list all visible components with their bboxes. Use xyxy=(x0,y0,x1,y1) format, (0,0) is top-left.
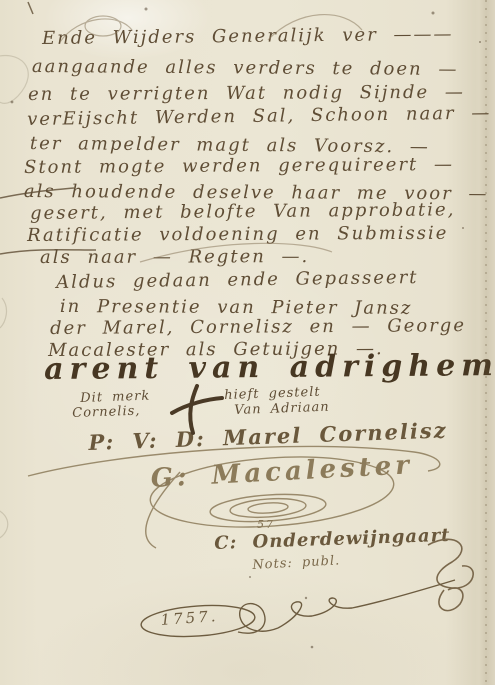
closing-line-3: der Marel, Cornelisz en — George xyxy=(50,315,466,339)
body-line-3: en te verrigten Wat nodig Sijnde — xyxy=(28,82,465,105)
body-line-6: Stont mogte werden gerequireert — xyxy=(24,154,454,178)
mark-caption-right-2: Van Adriaan xyxy=(234,400,330,418)
signature-g-macalester: G: Macalester xyxy=(150,450,414,494)
closing-line-1: Aldus gedaan ende Gepasseert xyxy=(56,267,419,293)
binding-stitch-marks xyxy=(485,0,487,685)
signature-arent-van-adrighem: arent van adrighem xyxy=(44,348,495,387)
signature-marel-cornelisz: P: V: D: Marel Cornelisz xyxy=(88,417,448,455)
body-line-1: Ende Wijders Generalijk ver ——— xyxy=(42,24,454,49)
date-mark-1757: 1757. xyxy=(160,607,219,629)
mark-caption-left-2: Cornelis, xyxy=(72,404,141,421)
notary-title: Nots: publ. xyxy=(252,553,341,573)
bleed-through-marks xyxy=(0,56,28,540)
folio-number: 57 xyxy=(257,518,275,531)
body-line-9: Ratificatie voldoening en Submissie xyxy=(27,223,448,246)
body-line-4: verEijscht Werden Sal, Schoon naar — xyxy=(27,103,491,130)
notary-paraph xyxy=(428,539,473,610)
manuscript-page: Ende Wijders Generalijk ver ——— aangaand… xyxy=(0,0,495,685)
body-line-10: als naar — Regten —. xyxy=(40,246,309,268)
page-edge-shadow xyxy=(479,0,495,685)
signature-notary-onderdewijngaart: C: Onderdewijngaart xyxy=(214,525,451,554)
body-line-8: gesert, met belofte Van approbatie, xyxy=(30,199,455,224)
body-line-2: aangaande alles verders te doen — xyxy=(32,56,459,80)
